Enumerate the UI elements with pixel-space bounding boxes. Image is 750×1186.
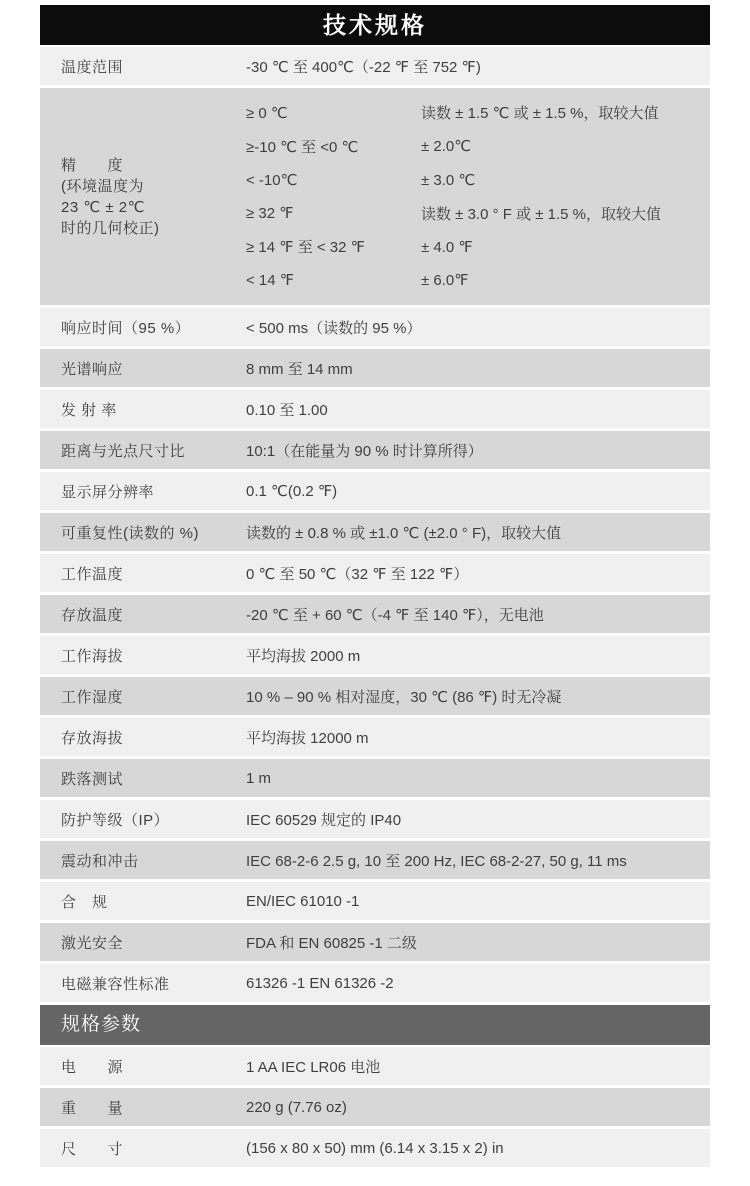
row-operating-humidity: 工作湿度 10 % – 90 % 相对湿度，30 ℃ (86 ℉) 时无冷凝 [40, 677, 710, 715]
spec-value: 读数的 ± 0.8 % 或 ±1.0 ℃ (±2.0 ° F)，取较大值 [246, 522, 710, 543]
spec-value: 8 mm 至 14 mm [246, 358, 710, 379]
spec-value: IEC 68-2-6 2.5 g, 10 至 200 Hz, IEC 68-2-… [246, 850, 710, 871]
row-response-time: 响应时间（95 %） < 500 ms（读数的 95 %） [40, 308, 710, 346]
spec-label: 尺 寸 [40, 1138, 246, 1159]
spec-label: 跌落测试 [40, 768, 246, 789]
accuracy-value: ± 3.0 ℃ [421, 171, 710, 189]
accuracy-condition: < 14 ℉ [246, 271, 421, 289]
spec-label: 响应时间（95 %） [40, 317, 246, 338]
accuracy-entry: < -10℃ ± 3.0 ℃ [246, 163, 710, 197]
spec-value: -20 ℃ 至 + 60 ℃（-4 ℉ 至 140 ℉），无电池 [246, 604, 710, 625]
row-display-resolution: 显示屏分辨率 0.1 ℃(0.2 ℉) [40, 472, 710, 510]
row-accuracy: 精 度 (环境温度为 23 ℃ ± 2℃ 时的几何校正) ≥ 0 ℃ 读数 ± … [40, 88, 710, 305]
accuracy-entry: ≥ 14 ℉ 至 < 32 ℉ ± 4.0 ℉ [246, 230, 710, 264]
spec-value: IEC 60529 规定的 IP40 [246, 809, 710, 830]
row-distance-spot-ratio: 距离与光点尺寸比 10:1（在能量为 90 % 时计算所得） [40, 431, 710, 469]
accuracy-label-line: 精 度 [61, 155, 246, 176]
spec-label: 工作海拔 [40, 645, 246, 666]
spec-value: 10 % – 90 % 相对湿度，30 ℃ (86 ℉) 时无冷凝 [246, 686, 710, 707]
accuracy-label-line: (环境温度为 [61, 176, 246, 197]
row-laser-safety: 激光安全 FDA 和 EN 60825 -1 二级 [40, 923, 710, 961]
spec-label: 工作湿度 [40, 686, 246, 707]
spec-label: 工作温度 [40, 563, 246, 584]
spec-label: 可重复性(读数的 %) [40, 522, 246, 543]
accuracy-entry: ≥ 0 ℃ 读数 ± 1.5 ℃ 或 ± 1.5 %，取较大值 [246, 96, 710, 130]
row-storage-altitude: 存放海拔 平均海拔 12000 m [40, 718, 710, 756]
spec-label: 电 源 [40, 1056, 246, 1077]
spec-value: FDA 和 EN 60825 -1 二级 [246, 932, 710, 953]
spec-value: 平均海拔 12000 m [246, 727, 710, 748]
accuracy-label-line: 23 ℃ ± 2℃ [61, 197, 246, 218]
row-emc-standard: 电磁兼容性标准 61326 -1 EN 61326 -2 [40, 964, 710, 1002]
accuracy-label-line: 时的几何校正) [61, 218, 246, 239]
section-title-technical-specs: 技术规格 [40, 5, 710, 45]
spec-value: -30 ℃ 至 400℃（-22 ℉ 至 752 ℉) [246, 56, 710, 77]
accuracy-value: ± 2.0℃ [421, 137, 710, 155]
accuracy-condition: ≥ 0 ℃ [246, 104, 421, 122]
spec-sheet: 技术规格 温度范围 -30 ℃ 至 400℃（-22 ℉ 至 752 ℉) 精 … [0, 0, 750, 1167]
row-weight: 重 量 220 g (7.76 oz) [40, 1088, 710, 1126]
accuracy-value: 读数 ± 3.0 ° F 或 ± 1.5 %，取较大值 [421, 203, 710, 224]
spec-value: 0.1 ℃(0.2 ℉) [246, 482, 710, 500]
spec-label: 震动和冲击 [40, 850, 246, 871]
spec-label: 显示屏分辨率 [40, 481, 246, 502]
row-operating-altitude: 工作海拔 平均海拔 2000 m [40, 636, 710, 674]
row-temperature-range: 温度范围 -30 ℃ 至 400℃（-22 ℉ 至 752 ℉) [40, 47, 710, 85]
spec-value: 1 AA IEC LR06 电池 [246, 1056, 710, 1077]
spec-label: 电磁兼容性标准 [40, 973, 246, 994]
spec-value: < 500 ms（读数的 95 %） [246, 317, 710, 338]
accuracy-condition: ≥ 32 ℉ [246, 204, 421, 222]
spec-label: 激光安全 [40, 932, 246, 953]
spec-label: 存放温度 [40, 604, 246, 625]
spec-value: 10:1（在能量为 90 % 时计算所得） [246, 440, 710, 461]
accuracy-value: ± 4.0 ℉ [421, 238, 710, 256]
accuracy-value: 读数 ± 1.5 ℃ 或 ± 1.5 %，取较大值 [421, 102, 710, 123]
spec-label: 合 规 [40, 891, 246, 912]
accuracy-condition: ≥ 14 ℉ 至 < 32 ℉ [246, 236, 421, 257]
accuracy-table: ≥ 0 ℃ 读数 ± 1.5 ℃ 或 ± 1.5 %，取较大值 ≥-10 ℃ 至… [246, 96, 710, 297]
row-power: 电 源 1 AA IEC LR06 电池 [40, 1047, 710, 1085]
accuracy-value: ± 6.0℉ [421, 271, 710, 289]
accuracy-condition: ≥-10 ℃ 至 <0 ℃ [246, 136, 421, 157]
row-repeatability: 可重复性(读数的 %) 读数的 ± 0.8 % 或 ±1.0 ℃ (±2.0 °… [40, 513, 710, 551]
spec-label: 发 射 率 [40, 399, 246, 420]
spec-label: 光谱响应 [40, 358, 246, 379]
row-operating-temperature: 工作温度 0 ℃ 至 50 ℃（32 ℉ 至 122 ℉） [40, 554, 710, 592]
spec-value: 0 ℃ 至 50 ℃（32 ℉ 至 122 ℉） [246, 563, 710, 584]
spec-value: 平均海拔 2000 m [246, 645, 710, 666]
spec-label: 温度范围 [40, 56, 246, 77]
row-emissivity: 发 射 率 0.10 至 1.00 [40, 390, 710, 428]
section-title-spec-parameters: 规格参数 [40, 1005, 710, 1045]
spec-value: (156 x 80 x 50) mm (6.14 x 3.15 x 2) in [246, 1140, 710, 1157]
row-dimensions: 尺 寸 (156 x 80 x 50) mm (6.14 x 3.15 x 2)… [40, 1129, 710, 1167]
accuracy-entry: < 14 ℉ ± 6.0℉ [246, 264, 710, 298]
row-compliance: 合 规 EN/IEC 61010 -1 [40, 882, 710, 920]
row-vibration-shock: 震动和冲击 IEC 68-2-6 2.5 g, 10 至 200 Hz, IEC… [40, 841, 710, 879]
spec-label: 防护等级（IP） [40, 809, 246, 830]
spec-value: EN/IEC 61010 -1 [246, 893, 710, 910]
accuracy-condition: < -10℃ [246, 171, 421, 189]
accuracy-label: 精 度 (环境温度为 23 ℃ ± 2℃ 时的几何校正) [40, 155, 246, 239]
spec-value: 220 g (7.76 oz) [246, 1099, 710, 1116]
spec-label: 重 量 [40, 1097, 246, 1118]
spec-value: 1 m [246, 770, 710, 787]
spec-label: 距离与光点尺寸比 [40, 440, 246, 461]
accuracy-entry: ≥-10 ℃ 至 <0 ℃ ± 2.0℃ [246, 130, 710, 164]
spec-value: 0.10 至 1.00 [246, 399, 710, 420]
row-ip-rating: 防护等级（IP） IEC 60529 规定的 IP40 [40, 800, 710, 838]
spec-value: 61326 -1 EN 61326 -2 [246, 975, 710, 992]
row-storage-temperature: 存放温度 -20 ℃ 至 + 60 ℃（-4 ℉ 至 140 ℉），无电池 [40, 595, 710, 633]
row-drop-test: 跌落测试 1 m [40, 759, 710, 797]
row-spectral-response: 光谱响应 8 mm 至 14 mm [40, 349, 710, 387]
accuracy-entry: ≥ 32 ℉ 读数 ± 3.0 ° F 或 ± 1.5 %，取较大值 [246, 197, 710, 231]
spec-label: 存放海拔 [40, 727, 246, 748]
